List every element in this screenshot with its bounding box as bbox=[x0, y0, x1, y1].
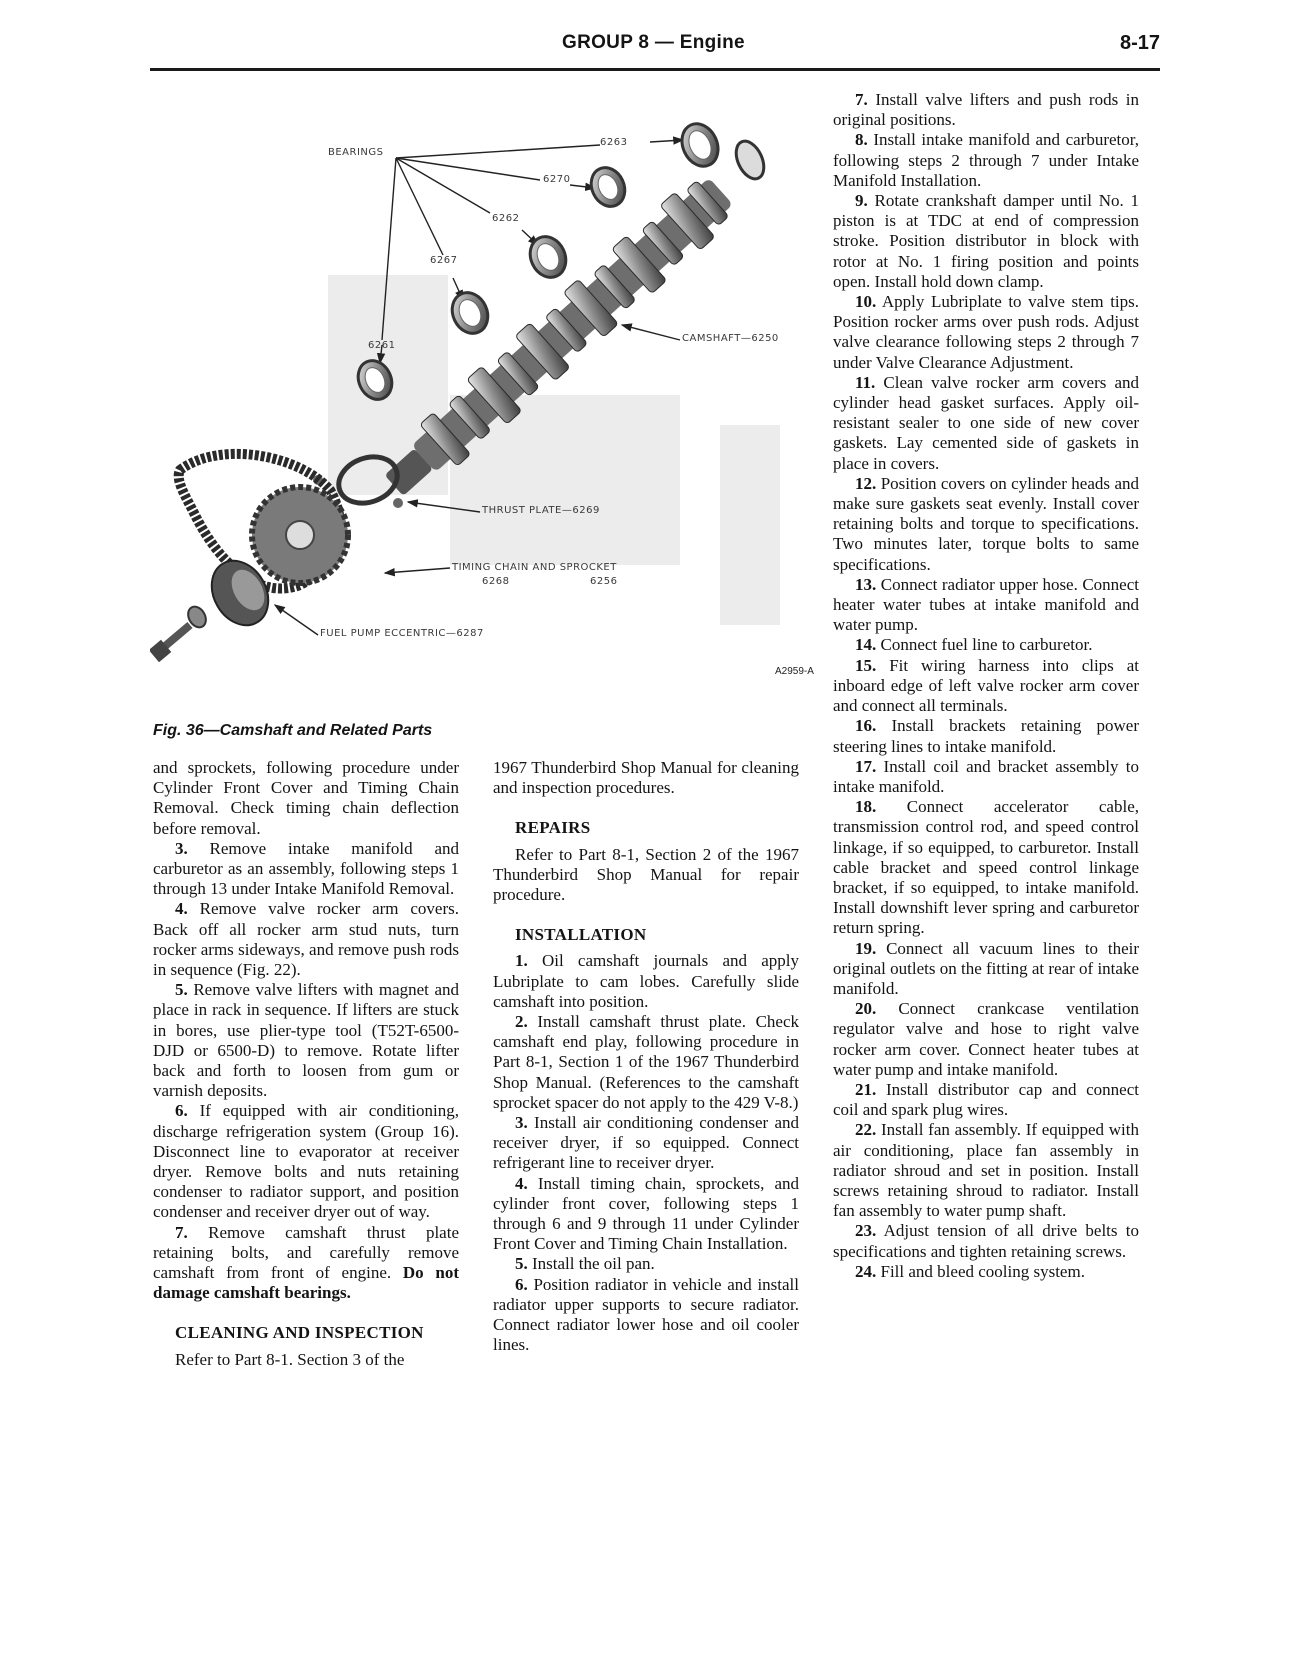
continuation-text: 1967 Thunderbird Shop Manual for cleanin… bbox=[493, 758, 799, 798]
callout-bearings: BEARINGS bbox=[328, 147, 384, 158]
step-text: Install air conditioning condenser and r… bbox=[493, 1113, 799, 1172]
callout-bearing-6263: 6263 bbox=[600, 137, 627, 148]
removal-step-6: 6. If equipped with air conditioning, di… bbox=[153, 1101, 459, 1222]
camshaft-illustration bbox=[150, 95, 830, 695]
page-number: 8-17 bbox=[1120, 32, 1160, 55]
install-step-6: 6. Position radiator in vehicle and inst… bbox=[493, 1275, 799, 1356]
step-text: Remove valve rocker arm covers. Back off… bbox=[153, 899, 459, 979]
step-number: 12. bbox=[855, 474, 876, 493]
step-number: 16. bbox=[855, 716, 876, 735]
step-number: 21. bbox=[855, 1080, 876, 1099]
callout-bearing-6261: 6261 bbox=[368, 340, 395, 351]
install-step-8: 8. Install intake manifold and carbureto… bbox=[833, 130, 1139, 191]
step-text: Remove intake manifold and carburetor as… bbox=[153, 839, 459, 898]
step-number: 5. bbox=[515, 1254, 528, 1273]
install-step-10: 10. Apply Lubriplate to valve stem tips.… bbox=[833, 292, 1139, 373]
step-number: 6. bbox=[515, 1275, 528, 1294]
removal-step-4: 4. Remove valve rocker arm covers. Back … bbox=[153, 899, 459, 980]
step-text: Install the oil pan. bbox=[532, 1254, 655, 1273]
step-number: 17. bbox=[855, 757, 876, 776]
step-number: 2. bbox=[515, 1012, 528, 1031]
step-text: Install intake manifold and carburetor, … bbox=[833, 130, 1139, 189]
step-text: Connect crankcase ventilation regulator … bbox=[833, 999, 1139, 1079]
step-text: If equipped with air conditioning, disch… bbox=[153, 1101, 459, 1221]
callout-sprocket-6256: 6256 bbox=[590, 576, 617, 587]
install-step-14: 14. Connect fuel line to carburetor. bbox=[833, 635, 1139, 655]
install-step-21: 21. Install distributor cap and connect … bbox=[833, 1080, 1139, 1120]
callout-timing-chain: TIMING CHAIN AND SPROCKET bbox=[452, 562, 617, 573]
header-rule bbox=[150, 68, 1160, 71]
install-step-11: 11. Clean valve rocker arm covers and cy… bbox=[833, 373, 1139, 474]
step-number: 18. bbox=[855, 797, 876, 816]
figure-id: A2959-A bbox=[775, 666, 814, 677]
step-number: 6. bbox=[175, 1101, 188, 1120]
step-text: Connect all vacuum lines to their origin… bbox=[833, 939, 1139, 998]
install-step-4: 4. Install timing chain, sprockets, and … bbox=[493, 1174, 799, 1255]
step-number: 1. bbox=[515, 951, 528, 970]
step-number: 3. bbox=[515, 1113, 528, 1132]
column-1: and sprockets, following procedure under… bbox=[153, 758, 459, 1370]
cleaning-text: Refer to Part 8-1. Section 3 of the bbox=[153, 1350, 459, 1370]
install-step-23: 23. Adjust tension of all drive belts to… bbox=[833, 1221, 1139, 1261]
step-text: Connect accelerator cable, transmission … bbox=[833, 797, 1139, 937]
header-title: GROUP 8 — Engine bbox=[562, 32, 745, 54]
callout-bearing-6262: 6262 bbox=[492, 213, 519, 224]
step-number: 7. bbox=[175, 1223, 188, 1242]
callout-bearing-6267: 6267 bbox=[430, 255, 457, 266]
page-header: GROUP 8 — Engine 8-17 bbox=[150, 28, 1160, 68]
install-step-7: 7. Install valve lifters and push rods i… bbox=[833, 90, 1139, 130]
step-number: 22. bbox=[855, 1120, 876, 1139]
column-3: 7. Install valve lifters and push rods i… bbox=[833, 90, 1139, 1282]
install-step-22: 22. Install fan assembly. If equipped wi… bbox=[833, 1120, 1139, 1221]
step-text: Clean valve rocker arm covers and cylind… bbox=[833, 373, 1139, 473]
step-text: Apply Lubriplate to valve stem tips. Pos… bbox=[833, 292, 1139, 372]
step-text: Remove valve lifters with magnet and pla… bbox=[153, 980, 459, 1100]
step-number: 9. bbox=[855, 191, 868, 210]
install-step-24: 24. Fill and bleed cooling system. bbox=[833, 1262, 1139, 1282]
callout-fuel-pump-eccentric: FUEL PUMP ECCENTRIC—6287 bbox=[320, 628, 484, 639]
removal-step-7: 7. Remove camshaft thrust plate retainin… bbox=[153, 1223, 459, 1304]
step-number: 20. bbox=[855, 999, 876, 1018]
step-text: Connect radiator upper hose. Connect hea… bbox=[833, 575, 1139, 634]
install-step-12: 12. Position covers on cylinder heads an… bbox=[833, 474, 1139, 575]
step-number: 14. bbox=[855, 635, 876, 654]
cleaning-heading: CLEANING AND INSPECTION bbox=[153, 1323, 459, 1343]
step-text: Connect fuel line to carburetor. bbox=[881, 635, 1093, 654]
column-2: 1967 Thunderbird Shop Manual for cleanin… bbox=[493, 758, 799, 1355]
install-step-17: 17. Install coil and bracket assembly to… bbox=[833, 757, 1139, 797]
install-step-1: 1. Oil camshaft journals and apply Lubri… bbox=[493, 951, 799, 1012]
callout-timing-chain-6268: 6268 bbox=[482, 576, 509, 587]
install-step-18: 18. Connect accelerator cable, transmiss… bbox=[833, 797, 1139, 938]
install-step-5: 5. Install the oil pan. bbox=[493, 1254, 799, 1274]
install-step-9: 9. Rotate crankshaft damper until No. 1 … bbox=[833, 191, 1139, 292]
install-step-13: 13. Connect radiator upper hose. Connect… bbox=[833, 575, 1139, 636]
step-number: 19. bbox=[855, 939, 876, 958]
figure-caption: Fig. 36—Camshaft and Related Parts bbox=[153, 722, 432, 740]
step-number: 23. bbox=[855, 1221, 876, 1240]
step-text: Oil camshaft journals and apply Lubripla… bbox=[493, 951, 799, 1010]
step-number: 11. bbox=[855, 373, 875, 392]
step-text: Install valve lifters and push rods in o… bbox=[833, 90, 1139, 129]
continuation-text: and sprockets, following procedure under… bbox=[153, 758, 459, 839]
install-step-20: 20. Connect crankcase ventilation regula… bbox=[833, 999, 1139, 1080]
install-step-16: 16. Install brackets retaining power ste… bbox=[833, 716, 1139, 756]
step-text: Install fan assembly. If equipped with a… bbox=[833, 1120, 1139, 1220]
step-text: Position covers on cylinder heads and ma… bbox=[833, 474, 1139, 574]
step-text: Install brackets retaining power steerin… bbox=[833, 716, 1139, 755]
step-number: 3. bbox=[175, 839, 188, 858]
step-number: 5. bbox=[175, 980, 188, 999]
step-text: Install camshaft thrust plate. Check cam… bbox=[493, 1012, 799, 1112]
step-number: 15. bbox=[855, 656, 876, 675]
step-number: 8. bbox=[855, 130, 868, 149]
step-text: Rotate crankshaft damper until No. 1 pis… bbox=[833, 191, 1139, 291]
camshaft-figure: BEARINGS 6263 6270 6262 6267 6261 CAMSHA… bbox=[150, 95, 830, 695]
installation-heading: INSTALLATION bbox=[493, 925, 799, 945]
callout-bearing-6270: 6270 bbox=[543, 174, 570, 185]
step-number: 10. bbox=[855, 292, 876, 311]
step-number: 24. bbox=[855, 1262, 876, 1281]
callout-thrust-plate: THRUST PLATE—6269 bbox=[482, 505, 600, 516]
repairs-text: Refer to Part 8-1, Section 2 of the 1967… bbox=[493, 845, 799, 906]
install-step-3: 3. Install air conditioning condenser an… bbox=[493, 1113, 799, 1174]
step-number: 7. bbox=[855, 90, 868, 109]
repairs-heading: REPAIRS bbox=[493, 818, 799, 838]
step-number: 4. bbox=[515, 1174, 528, 1193]
install-step-15: 15. Fit wiring harness into clips at inb… bbox=[833, 656, 1139, 717]
removal-step-3: 3. Remove intake manifold and carburetor… bbox=[153, 839, 459, 900]
install-step-19: 19. Connect all vacuum lines to their or… bbox=[833, 939, 1139, 1000]
install-step-2: 2. Install camshaft thrust plate. Check … bbox=[493, 1012, 799, 1113]
removal-step-5: 5. Remove valve lifters with magnet and … bbox=[153, 980, 459, 1101]
step-text: Fill and bleed cooling system. bbox=[881, 1262, 1085, 1281]
step-number: 13. bbox=[855, 575, 876, 594]
step-text: Install distributor cap and connect coil… bbox=[833, 1080, 1139, 1119]
step-text: Adjust tension of all drive belts to spe… bbox=[833, 1221, 1139, 1260]
step-number: 4. bbox=[175, 899, 188, 918]
step-text: Install timing chain, sprockets, and cyl… bbox=[493, 1174, 799, 1254]
step-text: Fit wiring harness into clips at inboard… bbox=[833, 656, 1139, 715]
step-text: Position radiator in vehicle and install… bbox=[493, 1275, 799, 1355]
step-text: Install coil and bracket assembly to int… bbox=[833, 757, 1139, 796]
callout-camshaft: CAMSHAFT—6250 bbox=[682, 333, 779, 344]
